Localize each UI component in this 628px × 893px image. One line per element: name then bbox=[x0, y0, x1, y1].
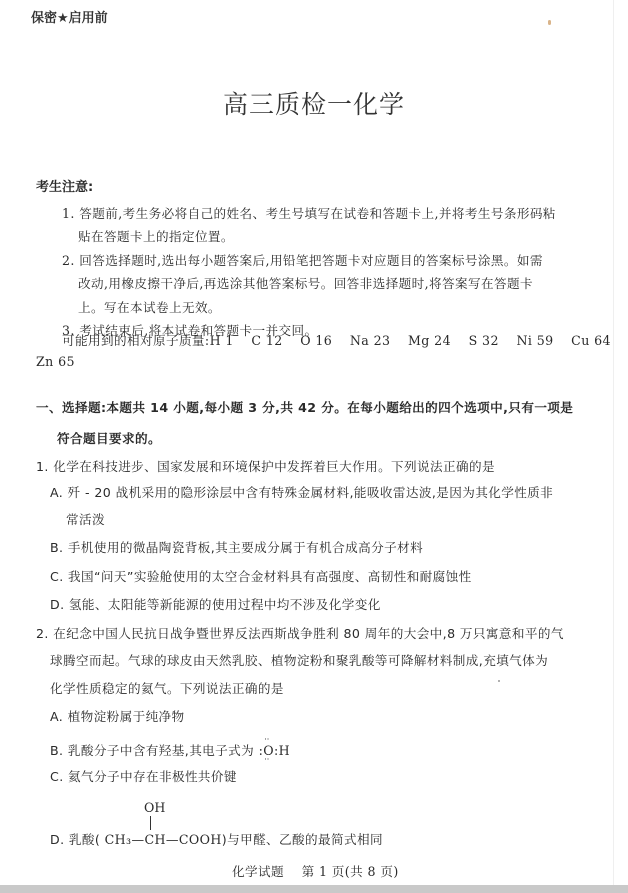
lactic-acid-formula: CH₃—CH—COOH bbox=[100, 832, 222, 847]
question-1-option-b: B. 手机使用的微晶陶瓷背板,其主要成分属于有机合成高分子材料 bbox=[50, 537, 423, 556]
confidential-label: 保密★启用前 bbox=[31, 7, 108, 26]
section-heading-cont: 符合题目要求的。 bbox=[57, 428, 161, 447]
notice-line: 2. 回答选择题时,选出每小题答案后,用铅笔把答题卡对应题目的答案标号涂黑。如需 bbox=[62, 250, 543, 269]
exam-page: 保密★启用前 高三质检一化学 考生注意: 1. 答题前,考生务必将自己的姓名、考… bbox=[0, 0, 628, 893]
question-1-option-a: A. 歼 - 20 战机采用的隐形涂层中含有特殊金属材料,能吸收雷达波,是因为其… bbox=[50, 482, 553, 501]
bond-line bbox=[150, 816, 151, 830]
scan-mark bbox=[548, 20, 551, 25]
atomic-mass-row: 可能用到的相对原子质量:H 1 C 12 O 16 Na 23 Mg 24 S … bbox=[62, 330, 611, 349]
page-title: 高三质检一化学 bbox=[0, 85, 628, 121]
question-2-option-a: A. 植物淀粉属于纯净物 bbox=[50, 706, 185, 725]
question-1-option-a-cont: 常活泼 bbox=[66, 509, 105, 528]
notice-line: 改动,用橡皮擦干净后,再选涂其他答案标号。回答非选择题时,将答案写在答题卡 bbox=[78, 273, 533, 292]
question-1-stem: 1. 化学在科技进步、国家发展和环境保护中发挥着巨大作用。下列说法正确的是 bbox=[36, 456, 495, 475]
question-2-option-c: C. 氦气分子中存在非极性共价键 bbox=[50, 766, 237, 785]
notice-line: 上。写在本试卷上无效。 bbox=[78, 297, 221, 316]
notice-line: 贴在答题卡上的指定位置。 bbox=[78, 226, 234, 245]
option-b-text: B. 乳酸分子中含有羟基,其电子式为 bbox=[50, 743, 254, 758]
page-footer: 化学试题 第 1 页(共 8 页) bbox=[232, 861, 399, 880]
scan-speck bbox=[498, 680, 500, 682]
notice-line: 1. 答题前,考生务必将自己的姓名、考生号填写在试卷和答题卡上,并将考生号条形码… bbox=[62, 203, 556, 222]
section-heading: 一、选择题:本题共 14 小题,每小题 3 分,共 42 分。在每小题给出的四个… bbox=[36, 397, 573, 416]
question-2-option-b: B. 乳酸分子中含有羟基,其电子式为 :··O··:H bbox=[50, 740, 290, 759]
bottom-band bbox=[0, 885, 628, 893]
question-2-option-d: D. 乳酸( CH₃—CH—COOH)与甲醛、乙酸的最简式相同 bbox=[50, 829, 383, 848]
notice-heading: 考生注意: bbox=[36, 176, 93, 195]
atomic-mass-values: H 1 C 12 O 16 Na 23 Mg 24 S 32 Ni 59 Cu … bbox=[210, 333, 611, 348]
structural-oh: OH bbox=[144, 800, 165, 815]
atomic-mass-label: 可能用到的相对原子质量: bbox=[62, 333, 210, 348]
question-1-option-d: D. 氢能、太阳能等新能源的使用过程中均不涉及化学变化 bbox=[50, 594, 381, 613]
question-2-stem-cont: 球腾空而起。气球的球皮由天然乳胶、植物淀粉和聚乳酸等可降解材料制成,充填气体为 bbox=[50, 650, 548, 669]
atomic-mass-values-cont: Zn 65 bbox=[36, 354, 75, 369]
question-2-stem: 2. 在纪念中国人民抗日战争暨世界反法西斯战争胜利 80 周年的大会中,8 万只… bbox=[36, 623, 564, 642]
question-1-option-c: C. 我国“问天”实验舱使用的太空合金材料具有高强度、高韧性和耐腐蚀性 bbox=[50, 566, 472, 585]
electron-formula: :··O··:H bbox=[259, 743, 290, 758]
scan-edge bbox=[613, 0, 614, 885]
question-2-stem-cont: 化学性质稳定的氦气。下列说法正确的是 bbox=[50, 678, 284, 697]
